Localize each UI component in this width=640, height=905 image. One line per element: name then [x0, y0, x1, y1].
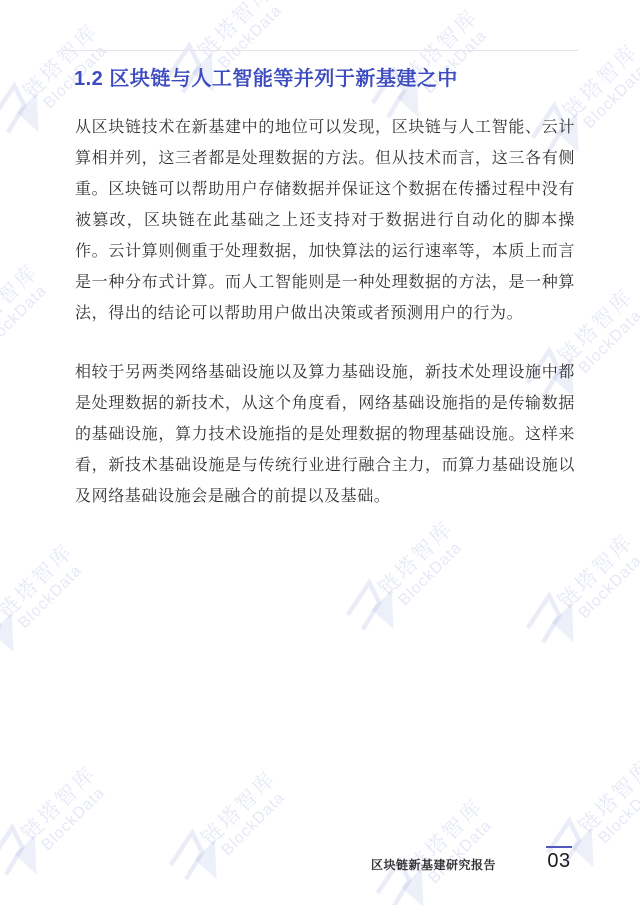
page-number-block: 03	[542, 843, 576, 873]
section-heading: 1.2 区块链与人工智能等并列于新基建之中	[74, 62, 576, 91]
report-title: 区块链新基建研究报告	[371, 856, 496, 873]
page-number: 03	[542, 850, 576, 873]
report-page: 链塔智库BlockData链塔智库BlockData链塔智库BlockData链…	[0, 0, 640, 905]
page-number-rule	[546, 846, 572, 848]
page-content: 1.2 区块链与人工智能等并列于新基建之中 从区块链技术在新基建中的地位可以发现…	[0, 0, 640, 905]
paragraph-2: 相较于另两类网络基础设施以及算力基础设施，新技术处理设施中都是处理数据的新技术，…	[75, 357, 575, 512]
section-number: 1.2	[74, 68, 103, 90]
header-divider	[62, 50, 578, 51]
section-title: 区块链与人工智能等并列于新基建之中	[109, 68, 458, 90]
page-footer: 区块链新基建研究报告 03	[64, 843, 576, 873]
paragraph-1: 从区块链技术在新基建中的地位可以发现，区块链与人工智能、云计算相并列，这三者都是…	[75, 112, 575, 329]
